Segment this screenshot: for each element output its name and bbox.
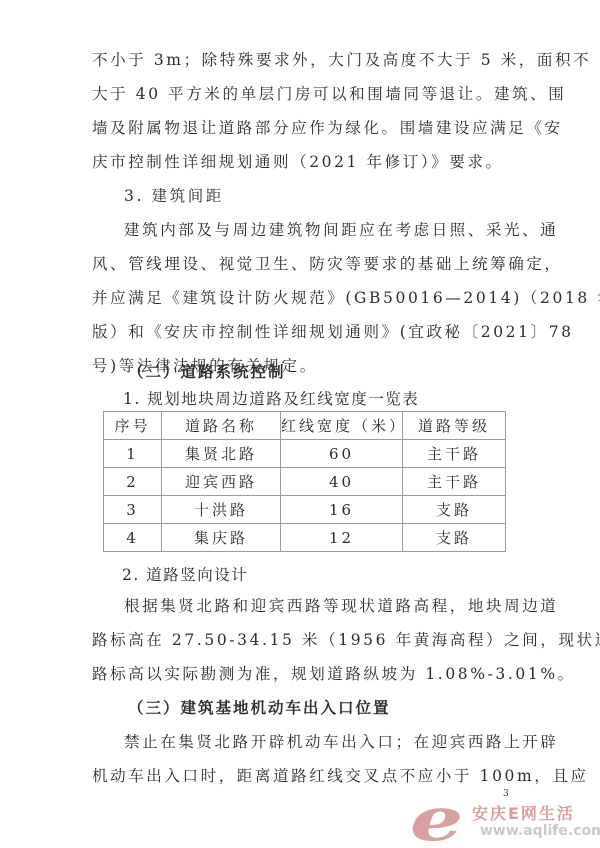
table-header-row: 序号 道路名称 红线宽度（米） 道路等级 [104,412,506,440]
table-cell: 16 [281,496,403,524]
table-cell: 支路 [403,524,506,552]
text-line: 根据集贤北路和迎宾西路等现状道路高程，地块周边道 [124,596,564,616]
heading-road-system: （二）道路系统控制 [128,362,568,382]
table-cell: 60 [281,440,403,468]
table-cell: 支路 [403,496,506,524]
watermark-logo: e 安庆E网生活 www.aqlife.com [410,795,600,848]
text-line: 路标高以实际勘测为准，规划道路纵坡为 1.08%-3.01%。 [92,664,532,684]
table-cell: 主干路 [403,440,506,468]
watermark-site-name: 安庆E网生活 [472,801,575,824]
text-line: 机动车出入口时，距离道路红线交叉点不应小于 100m，且应 [92,766,532,786]
table-row: 2 迎宾西路 40 主干路 [104,468,506,496]
text-line: 大于 40 平方米的单层门房可以和围墙同等退让。建筑、围 [92,84,532,104]
table-cell: 2 [104,468,162,496]
table-header: 序号 [104,412,162,440]
table-cell: 1 [104,440,162,468]
table-cell: 集贤北路 [162,440,281,468]
text-line: 路标高在 27.50-34.15 米（1956 年黄海高程）之间，现状道 [92,630,532,650]
table-cell: 集庆路 [162,524,281,552]
watermark-url: www.aqlife.com [480,823,600,839]
heading-vehicle-entrance: （三）建筑基地机动车出入口位置 [128,698,568,718]
e-logo-icon: e [410,795,463,845]
table-header: 道路等级 [403,412,506,440]
table-row: 4 集庆路 12 支路 [104,524,506,552]
table-caption: 1. 规划地块周边道路及红线宽度一览表 [123,389,563,409]
text-line: 建筑内部及与周边建筑物间距应在考虑日照、采光、通 [124,220,564,240]
table-row: 3 十洪路 16 支路 [104,496,506,524]
section-title: 3. 建筑间距 [124,186,564,206]
table-cell: 12 [281,524,403,552]
table-cell: 十洪路 [162,496,281,524]
road-table: 序号 道路名称 红线宽度（米） 道路等级 1 集贤北路 60 主干路 2 迎宾西… [103,411,506,552]
section-title: 2. 道路竖向设计 [122,565,562,585]
table-cell: 3 [104,496,162,524]
text-line: 不小于 3m；除特殊要求外，大门及高度不大于 5 米，面积不 [92,50,532,70]
table-header: 红线宽度（米） [281,412,403,440]
text-line: 墙及附属物退让道路部分应作为绿化。围墙建设应满足《安 [92,118,532,138]
text-line: 禁止在集贤北路开辟机动车出入口；在迎宾西路上开辟 [124,732,564,752]
document-page: 不小于 3m；除特殊要求外，大门及高度不大于 5 米，面积不 大于 40 平方米… [0,0,600,848]
text-line: 并应满足《建筑设计防火规范》(GB50016—2014)（2018 年 [92,288,532,308]
text-line: 风、管线埋设、视觉卫生、防灾等要求的基础上统筹确定， [92,254,532,274]
table-header: 道路名称 [162,412,281,440]
text-line: 庆市控制性详细规划通则（2021 年修订）》要求。 [92,152,532,172]
table-cell: 主干路 [403,468,506,496]
text-line: 版）和《安庆市控制性详细规划通则》(宜政秘〔2021〕78 [92,322,532,342]
table-cell: 40 [281,468,403,496]
table-row: 1 集贤北路 60 主干路 [104,440,506,468]
table-cell: 4 [104,524,162,552]
table-cell: 迎宾西路 [162,468,281,496]
